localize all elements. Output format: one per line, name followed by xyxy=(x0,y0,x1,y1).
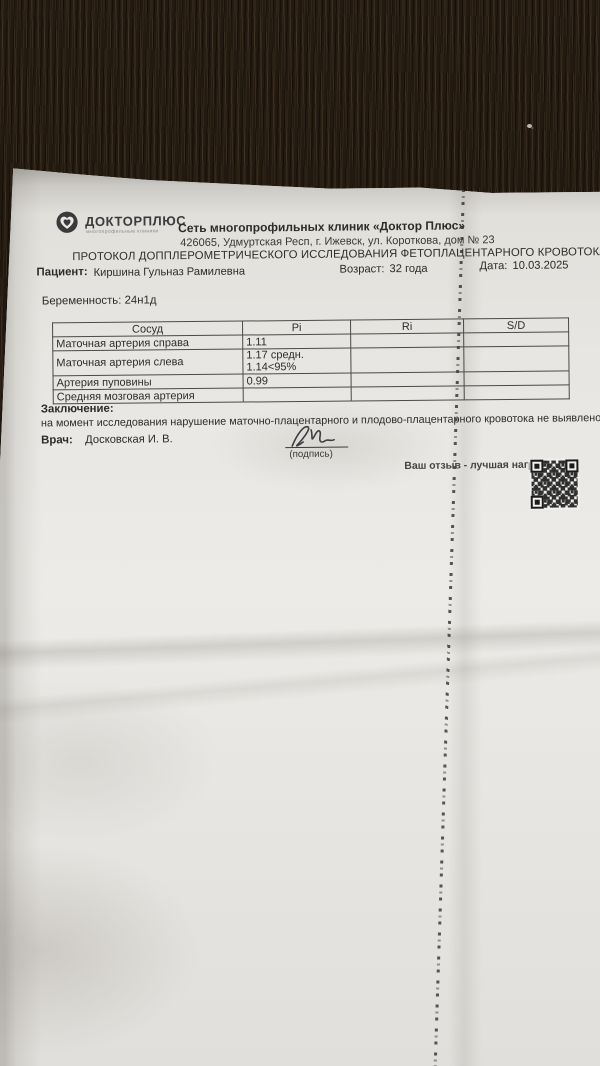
cell-vessel: Маточная артерия слева xyxy=(53,349,243,376)
date-label: Дата: xyxy=(479,260,507,272)
cell-pi xyxy=(243,387,351,402)
cell-sd xyxy=(464,385,569,400)
pregnancy-value: 24н1д xyxy=(124,294,156,306)
conclusion-label: Заключение: xyxy=(41,403,114,416)
cell-ri xyxy=(351,333,464,348)
signature-caption: (подпись) xyxy=(289,449,333,460)
cell-pi: 1.11 xyxy=(243,334,351,349)
qr-finder-icon xyxy=(565,459,578,472)
cell-vessel: Средняя мозговая артерия xyxy=(53,388,243,404)
qr-finder-icon xyxy=(531,496,544,509)
photo-scene: ДОКТОРПЛЮС многопрофильные клиники Сеть … xyxy=(0,0,600,1066)
clinic-logo-text: ДОКТОРПЛЮС xyxy=(85,213,186,229)
clinic-logo-heart-icon xyxy=(55,210,79,234)
cell-sd xyxy=(464,346,569,372)
doppler-table: Сосуд Pi Ri S/D Маточная артерия справа … xyxy=(52,317,570,404)
date-value: 10.03.2025 xyxy=(512,259,568,272)
header-pi: Pi xyxy=(243,320,351,335)
cell-ri xyxy=(351,386,464,401)
pregnancy-label: Беременность: xyxy=(42,295,122,308)
doctor-name: Досковская И. В. xyxy=(85,433,173,446)
pregnancy-line: Беременность: 24н1д xyxy=(42,294,157,307)
qr-finder-icon xyxy=(530,460,543,473)
cell-ri xyxy=(351,347,464,373)
clinic-logo-subtext: многопрофильные клиники xyxy=(86,228,158,235)
patient-label: Пациент: xyxy=(36,266,87,278)
cell-ri xyxy=(351,372,464,387)
qr-code xyxy=(529,458,579,509)
cell-sd xyxy=(464,371,569,386)
age-value: 32 года xyxy=(389,263,427,275)
header-ri: Ri xyxy=(351,319,464,334)
header-sd: S/D xyxy=(463,318,568,333)
cell-pi: 0.99 xyxy=(243,373,351,388)
cell-pi: 1.17 средн. 1.14<95% xyxy=(243,348,351,374)
patient-name: Киршина Гульназ Рамилевна xyxy=(93,266,245,279)
cell-sd xyxy=(464,332,569,347)
dust-speck xyxy=(527,124,532,128)
clinic-name: Сеть многопрофильных клиник «Доктор Плюс… xyxy=(178,218,465,235)
age-label: Возраст: xyxy=(339,263,384,275)
doctor-label: Врач: xyxy=(41,434,73,446)
doctor-signature xyxy=(284,417,356,450)
